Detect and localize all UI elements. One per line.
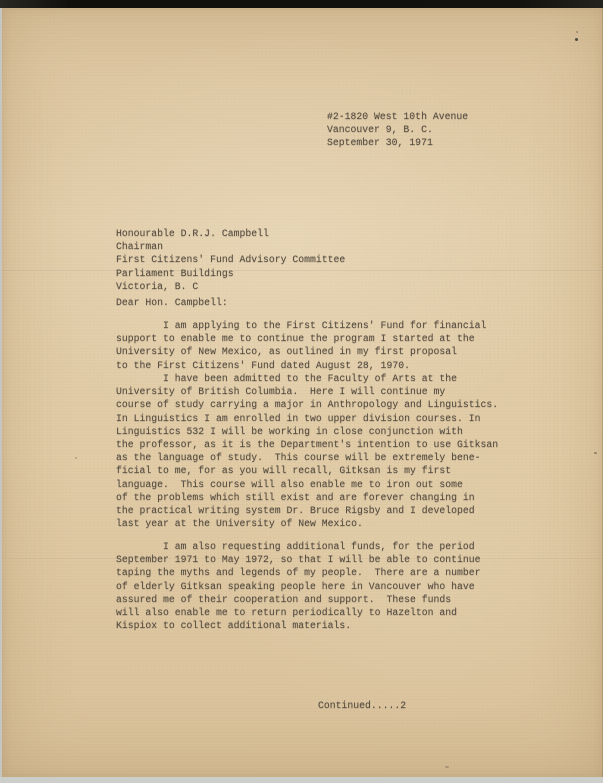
paper-speck xyxy=(445,766,449,768)
salutation: Dear Hon. Campbell: xyxy=(116,296,228,309)
paper-speck xyxy=(594,452,597,454)
continuation-note: Continued.....2 xyxy=(318,699,406,712)
scanned-letter-page: #2-1820 West 10th Avenue Vancouver 9, B.… xyxy=(0,0,603,783)
letter-paragraph-2: I have been admitted to the Faculty of A… xyxy=(116,372,498,530)
letter-paragraph-1: I am applying to the First Citizens' Fun… xyxy=(116,319,486,372)
paper-speck xyxy=(575,38,578,41)
scan-left-edge xyxy=(0,0,2,783)
return-address: #2-1820 West 10th Avenue Vancouver 9, B.… xyxy=(327,110,468,150)
scan-top-edge xyxy=(0,0,603,8)
scan-bottom-edge xyxy=(0,777,603,783)
letter-paper: #2-1820 West 10th Avenue Vancouver 9, B.… xyxy=(2,7,603,778)
paper-speck xyxy=(75,457,77,459)
letter-paragraph-3: I am also requesting additional funds, f… xyxy=(116,540,481,632)
paper-speck xyxy=(576,31,578,33)
recipient-address: Honourable D.R.J. Campbell Chairman Firs… xyxy=(116,227,345,293)
